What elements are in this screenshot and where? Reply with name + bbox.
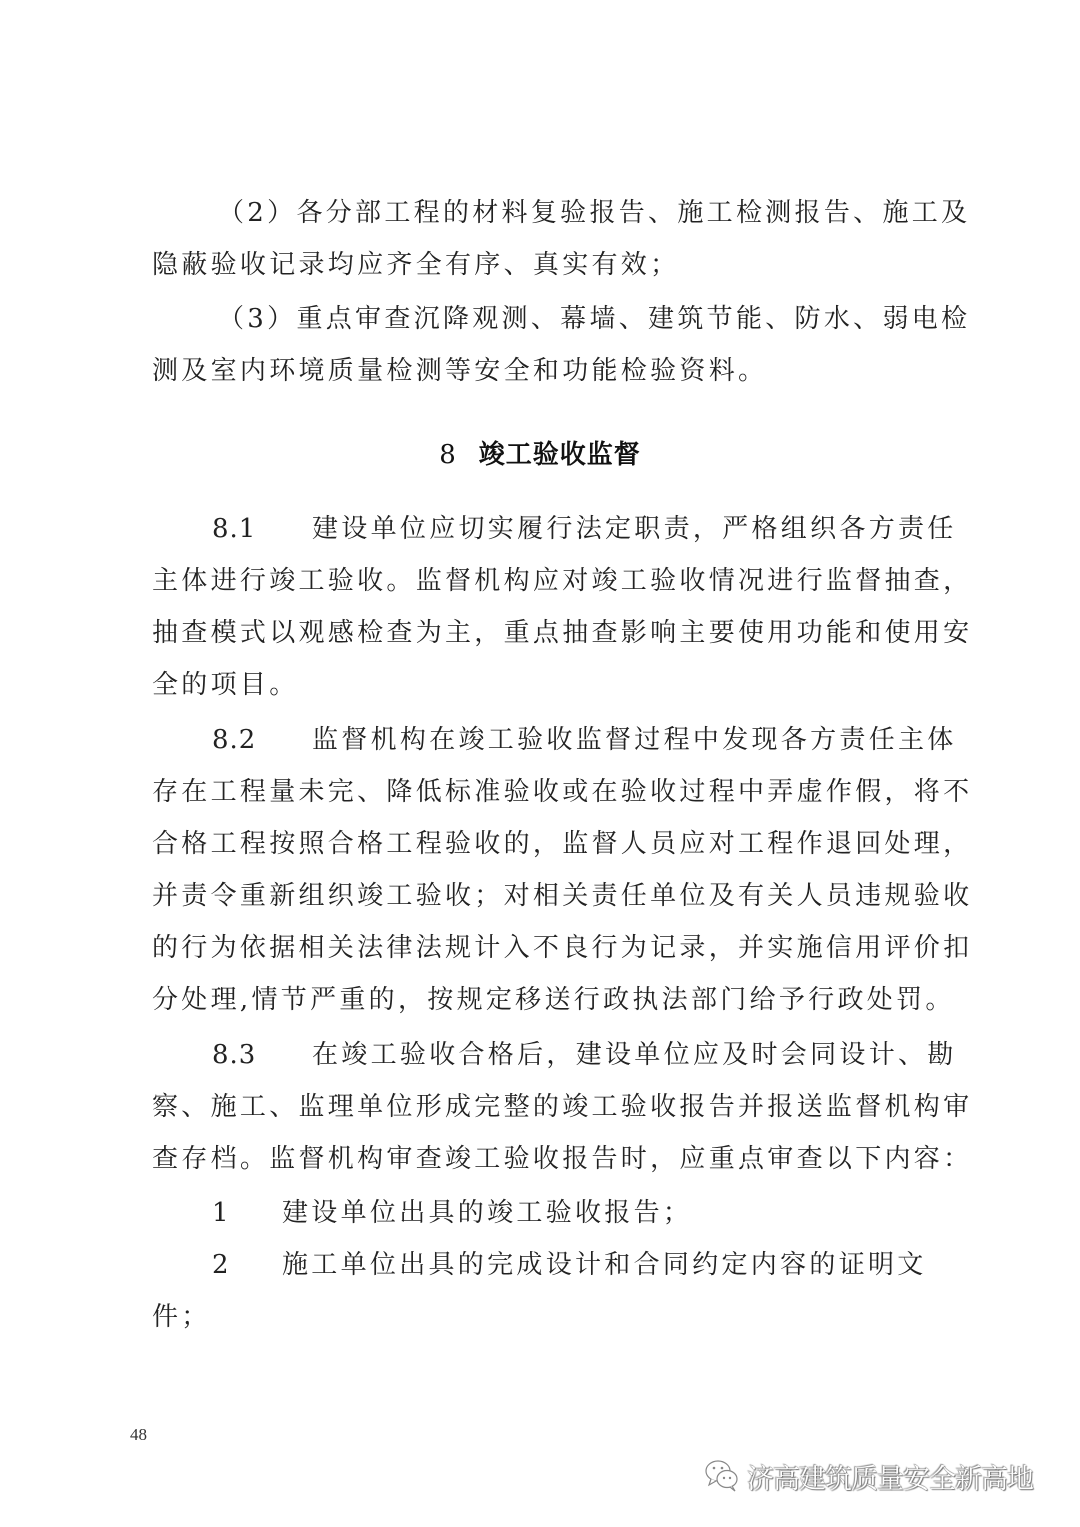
wechat-icon [703, 1456, 743, 1496]
clause-8-3-line-3: 查存档。监督机构审查竣工验收报告时，应重点审查以下内容： [152, 1144, 952, 1174]
section-title: 竣工验收监督 [479, 440, 641, 470]
clause-8-1-line-4: 全的项目。 [152, 670, 952, 700]
list-item-2-line-2: 件； [152, 1302, 952, 1332]
clause-number: 8.1 [212, 514, 312, 544]
clause-8-1-line-3: 抽查模式以观感检查为主，重点抽查影响主要使用功能和使用安 [152, 618, 952, 648]
list-text: 建设单位出具的竣工验收报告； [282, 1198, 692, 1228]
clause-8-1-line-1: 8.1建设单位应切实履行法定职责，严格组织各方责任 [212, 514, 1012, 544]
item-2-line-2: 隐蔽验收记录均应齐全有序、真实有效； [152, 250, 952, 280]
watermark-text: 济高建筑质量安全新高地 [747, 1457, 1033, 1496]
clause-8-2-line-6: 分处理,情节严重的，按规定移送行政执法部门给予行政处罚。 [152, 985, 952, 1015]
clause-8-2-line-5: 的行为依据相关法律法规计入不良行为记录，并实施信用评价扣 [152, 933, 952, 963]
clause-number: 8.3 [212, 1040, 312, 1070]
list-number: 2 [212, 1250, 282, 1280]
item-3-line-2: 测及室内环境质量检测等安全和功能检验资料。 [152, 356, 952, 386]
clause-text: 监督机构在竣工验收监督过程中发现各方责任主体 [312, 725, 957, 755]
section-heading: 8竣工验收监督 [0, 434, 1080, 471]
list-text: 施工单位出具的完成设计和合同约定内容的证明文 [282, 1250, 927, 1280]
clause-text: 在竣工验收合格后，建设单位应及时会同设计、勘 [312, 1040, 957, 1070]
list-item-1: 1建设单位出具的竣工验收报告； [212, 1198, 1012, 1228]
clause-8-1-line-2: 主体进行竣工验收。监督机构应对竣工验收情况进行监督抽查， [152, 566, 952, 596]
clause-text: 建设单位应切实履行法定职责，严格组织各方责任 [312, 514, 957, 544]
item-2-line-1: （2）各分部工程的材料复验报告、施工检测报告、施工及 [218, 198, 1018, 228]
clause-8-2-line-3: 合格工程按照合格工程验收的，监督人员应对工程作退回处理， [152, 829, 952, 859]
watermark: 济高建筑质量安全新高地 [703, 1456, 1033, 1496]
document-page: （2）各分部工程的材料复验报告、施工检测报告、施工及 隐蔽验收记录均应齐全有序、… [0, 0, 1080, 1527]
page-number: 48 [130, 1425, 147, 1445]
clause-8-2-line-1: 8.2监督机构在竣工验收监督过程中发现各方责任主体 [212, 725, 1012, 755]
section-number: 8 [439, 440, 457, 470]
item-3-line-1: （3）重点审查沉降观测、幕墙、建筑节能、防水、弱电检 [218, 304, 1018, 334]
clause-number: 8.2 [212, 725, 312, 755]
list-item-2-line-1: 2施工单位出具的完成设计和合同约定内容的证明文 [212, 1250, 1012, 1280]
clause-8-2-line-4: 并责令重新组织竣工验收；对相关责任单位及有关人员违规验收 [152, 881, 952, 911]
clause-8-3-line-2: 察、施工、监理单位形成完整的竣工验收报告并报送监督机构审 [152, 1092, 952, 1122]
clause-8-3-line-1: 8.3在竣工验收合格后，建设单位应及时会同设计、勘 [212, 1040, 1012, 1070]
clause-8-2-line-2: 存在工程量未完、降低标准验收或在验收过程中弄虚作假，将不 [152, 777, 952, 807]
list-number: 1 [212, 1198, 282, 1228]
